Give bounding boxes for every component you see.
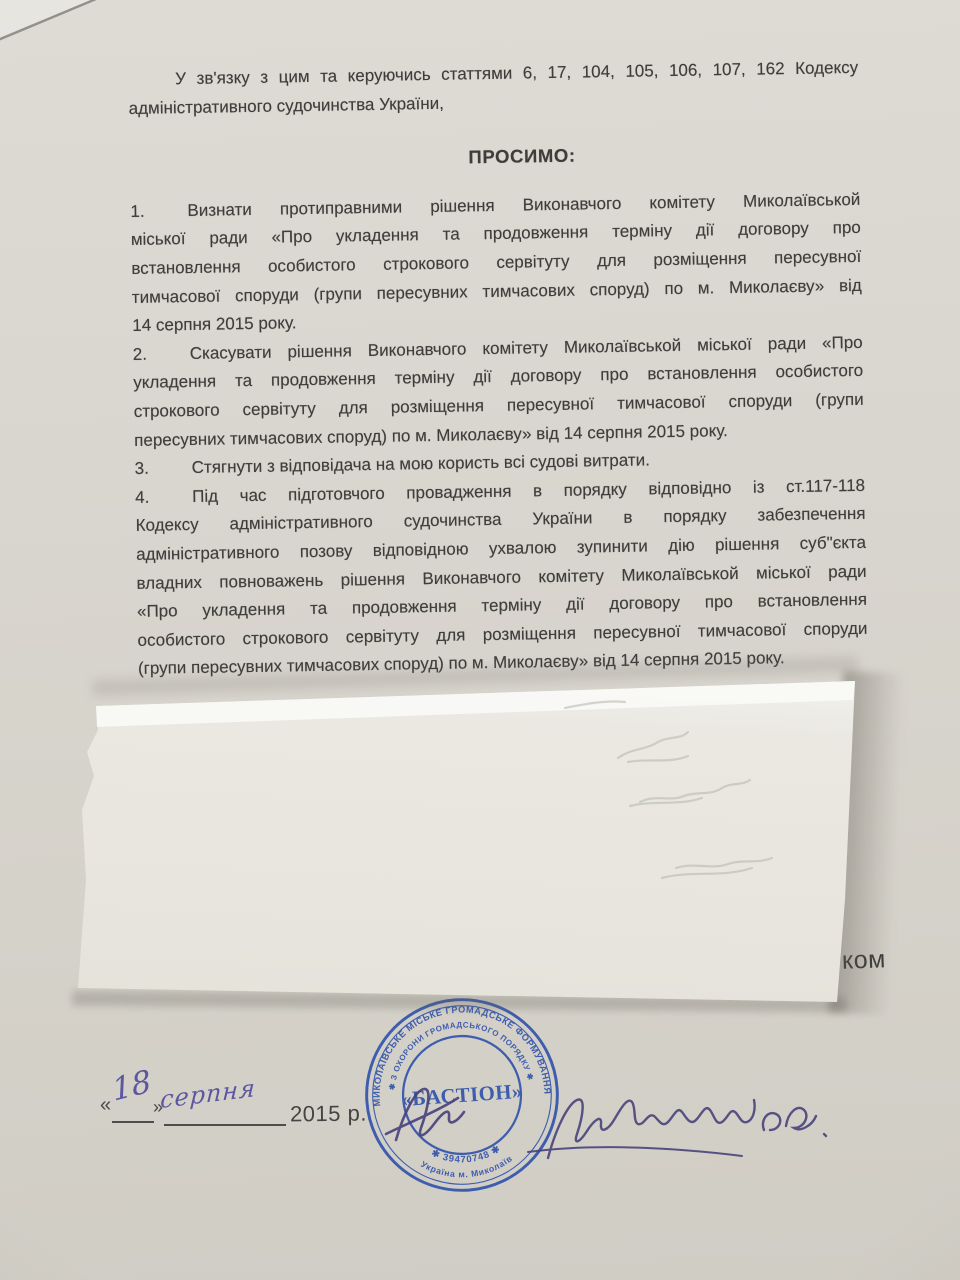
date-month-line [164,1124,286,1126]
petition-body: У зв'язку з цим та керуючись статтями 6,… [128,54,868,684]
signature-handwriting [528,1099,826,1158]
date-day-line [112,1121,154,1123]
petition-item-number: 4. [135,483,192,513]
handwritten-day: 18 [110,1063,153,1108]
bastion-round-stamp: МИКОЛАЇВСЬКЕ МІСЬКЕ ГРОМАДСЬКЕ ФОРМУВАНН… [351,984,573,1206]
petition-item-number: 1. [130,197,187,227]
handwritten-month: серпня [160,1074,257,1114]
document-photo: У зв'язку з цим та керуючись статтями 6,… [0,0,960,1280]
partial-covered-text: ком [842,945,887,976]
paper-corner-edge [0,0,108,40]
date-quote-open: « [100,1094,111,1117]
stamp-center-name: «БАСТІОН» [401,1080,524,1111]
petition-item-number: 2. [133,340,190,370]
date-year-label: 2015 р. [290,1101,367,1128]
petition-item-number: 3. [134,454,191,484]
petition-heading: ПРОСИМО: [129,137,859,178]
